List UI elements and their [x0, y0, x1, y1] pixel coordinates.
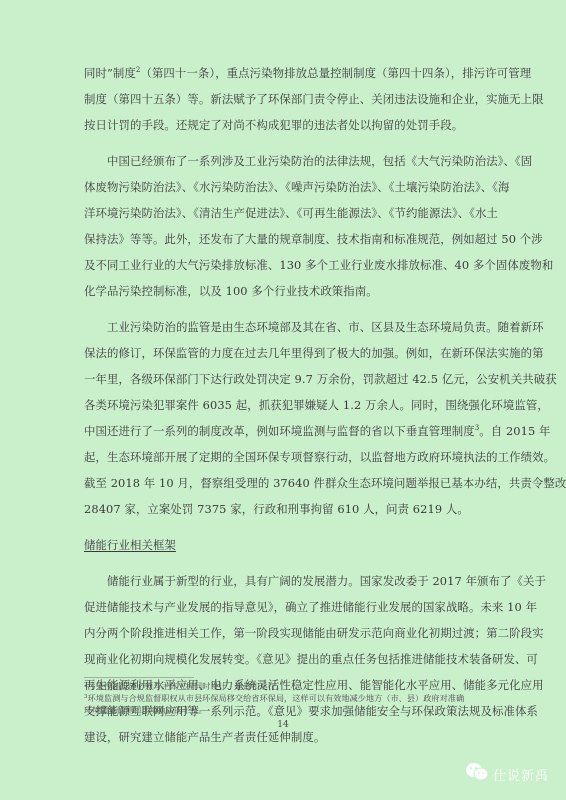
footnote: 2污染控制设施必须与主体工程同时设计、建造和运行。 — [84, 681, 284, 692]
paragraph-line: 制度（第四十五条）等。新法赋予了环保部门责令停止、关闭违法设施和企业，实施无上限 — [84, 92, 544, 106]
paragraph-line: 促进储能技术与产业发展的指导意见》，确立了推进储能行业发展的国家战略。未来 10… — [84, 600, 537, 614]
paragraph-line: 中国已经颁布了一系列涉及工业污染防治的法律法规，包括《大气污染防治法》、《固 — [84, 154, 532, 168]
paragraph-line: 同时”制度2（第四十一条），重点污染物排放总量控制制度（第四十四条），排污许可管… — [84, 66, 531, 80]
paragraph-line: 洋环境污染防治法》、《清洁生产促进法》、《可再生能源法》、《节约能源法》、《水土 — [84, 206, 498, 220]
paragraph-line: 保持法》等等。此外，还发布了大量的规章制度、技术指南和标准规范，例如超过 50 … — [84, 232, 543, 246]
paragraph-line: 起，生态环境部开展了定期的全国环保专项督察行动，以监督地方政府环境执法的工作绩效… — [84, 450, 555, 464]
paragraph-line: 28407 家，立案处罚 7375 家，行政和刑事拘留 610 人，问责 621… — [84, 502, 469, 516]
footnote: 3环境监测与合规监督职权从市县环保局移交给省环保局，这样可以有效地减少地方（市、… — [84, 693, 464, 704]
watermark-text: 仕说新禹 — [493, 765, 549, 784]
paragraph-line: 储能行业属于新型的行业，具有广阔的发展潜力。国家发改委于 2017 年颁布了《关… — [84, 574, 546, 588]
paragraph-line: 化学品污染控制标准，以及 100 多个行业技术政策指南。 — [84, 284, 378, 298]
footnote-divider — [84, 677, 194, 678]
paragraph-line: 建设，研究建立储能产品生产者责任延伸制度。 — [84, 730, 325, 744]
footnote: 环境质量监测和环境执法的干扰。 — [84, 705, 207, 716]
paragraph-line: 各类环境污染犯罪案件 6035 起，抓获犯罪嫌疑人 1.2 万余人。同时，围绕强… — [84, 398, 549, 412]
paragraph-line: 现商业化初期向规模化发展转变。《意见》提出的重点任务包括推进储能技术装备研发、可 — [84, 652, 538, 666]
paragraph-line: 体废物污染防治法》、《水污染防治法》、《噪声污染防治法》、《土壤污染防治法》、《… — [84, 180, 510, 194]
paragraph-line: 内分两个阶段推进相关工作，第一阶段实现储能由研发示范向商业化初期过渡；第二阶段实 — [84, 626, 544, 640]
paragraph-line: 中国还进行了一系列的制度改革，例如环境监测与监督的省以下垂直管理制度3。自 20… — [84, 424, 551, 438]
paragraph-line: 及不同工业行业的大气污染排放标准、130 多个工业行业废水排放标准、40 多个固… — [84, 258, 553, 272]
watermark: 仕说新禹 — [465, 762, 549, 786]
section-heading: 储能行业相关框架 — [84, 538, 176, 552]
paragraph-line: 保法的修订，环保监管的力度在过去几年里得到了极大的加强。例如，在新环保法实施的第 — [84, 346, 544, 360]
paragraph-line: 按日计罚的手段。还规定了对尚不构成犯罪的违法者处以拘留的处罚手段。 — [84, 118, 463, 132]
page-number: 14 — [0, 720, 566, 730]
paragraph-line: 工业污染防治的监管是由生态环境部及其在省、市、区县及生态环境局负责。随着新环 — [84, 320, 544, 334]
paragraph-line: 一年里，各级环保部门下达行政处罚决定 9.7 万余份，罚款超过 42.5 亿元，… — [84, 372, 557, 386]
paragraph-line: 截至 2018 年 10 月，督察组受理的 37640 件群众生态环境问题举报已… — [84, 476, 566, 490]
wechat-icon — [465, 762, 489, 786]
